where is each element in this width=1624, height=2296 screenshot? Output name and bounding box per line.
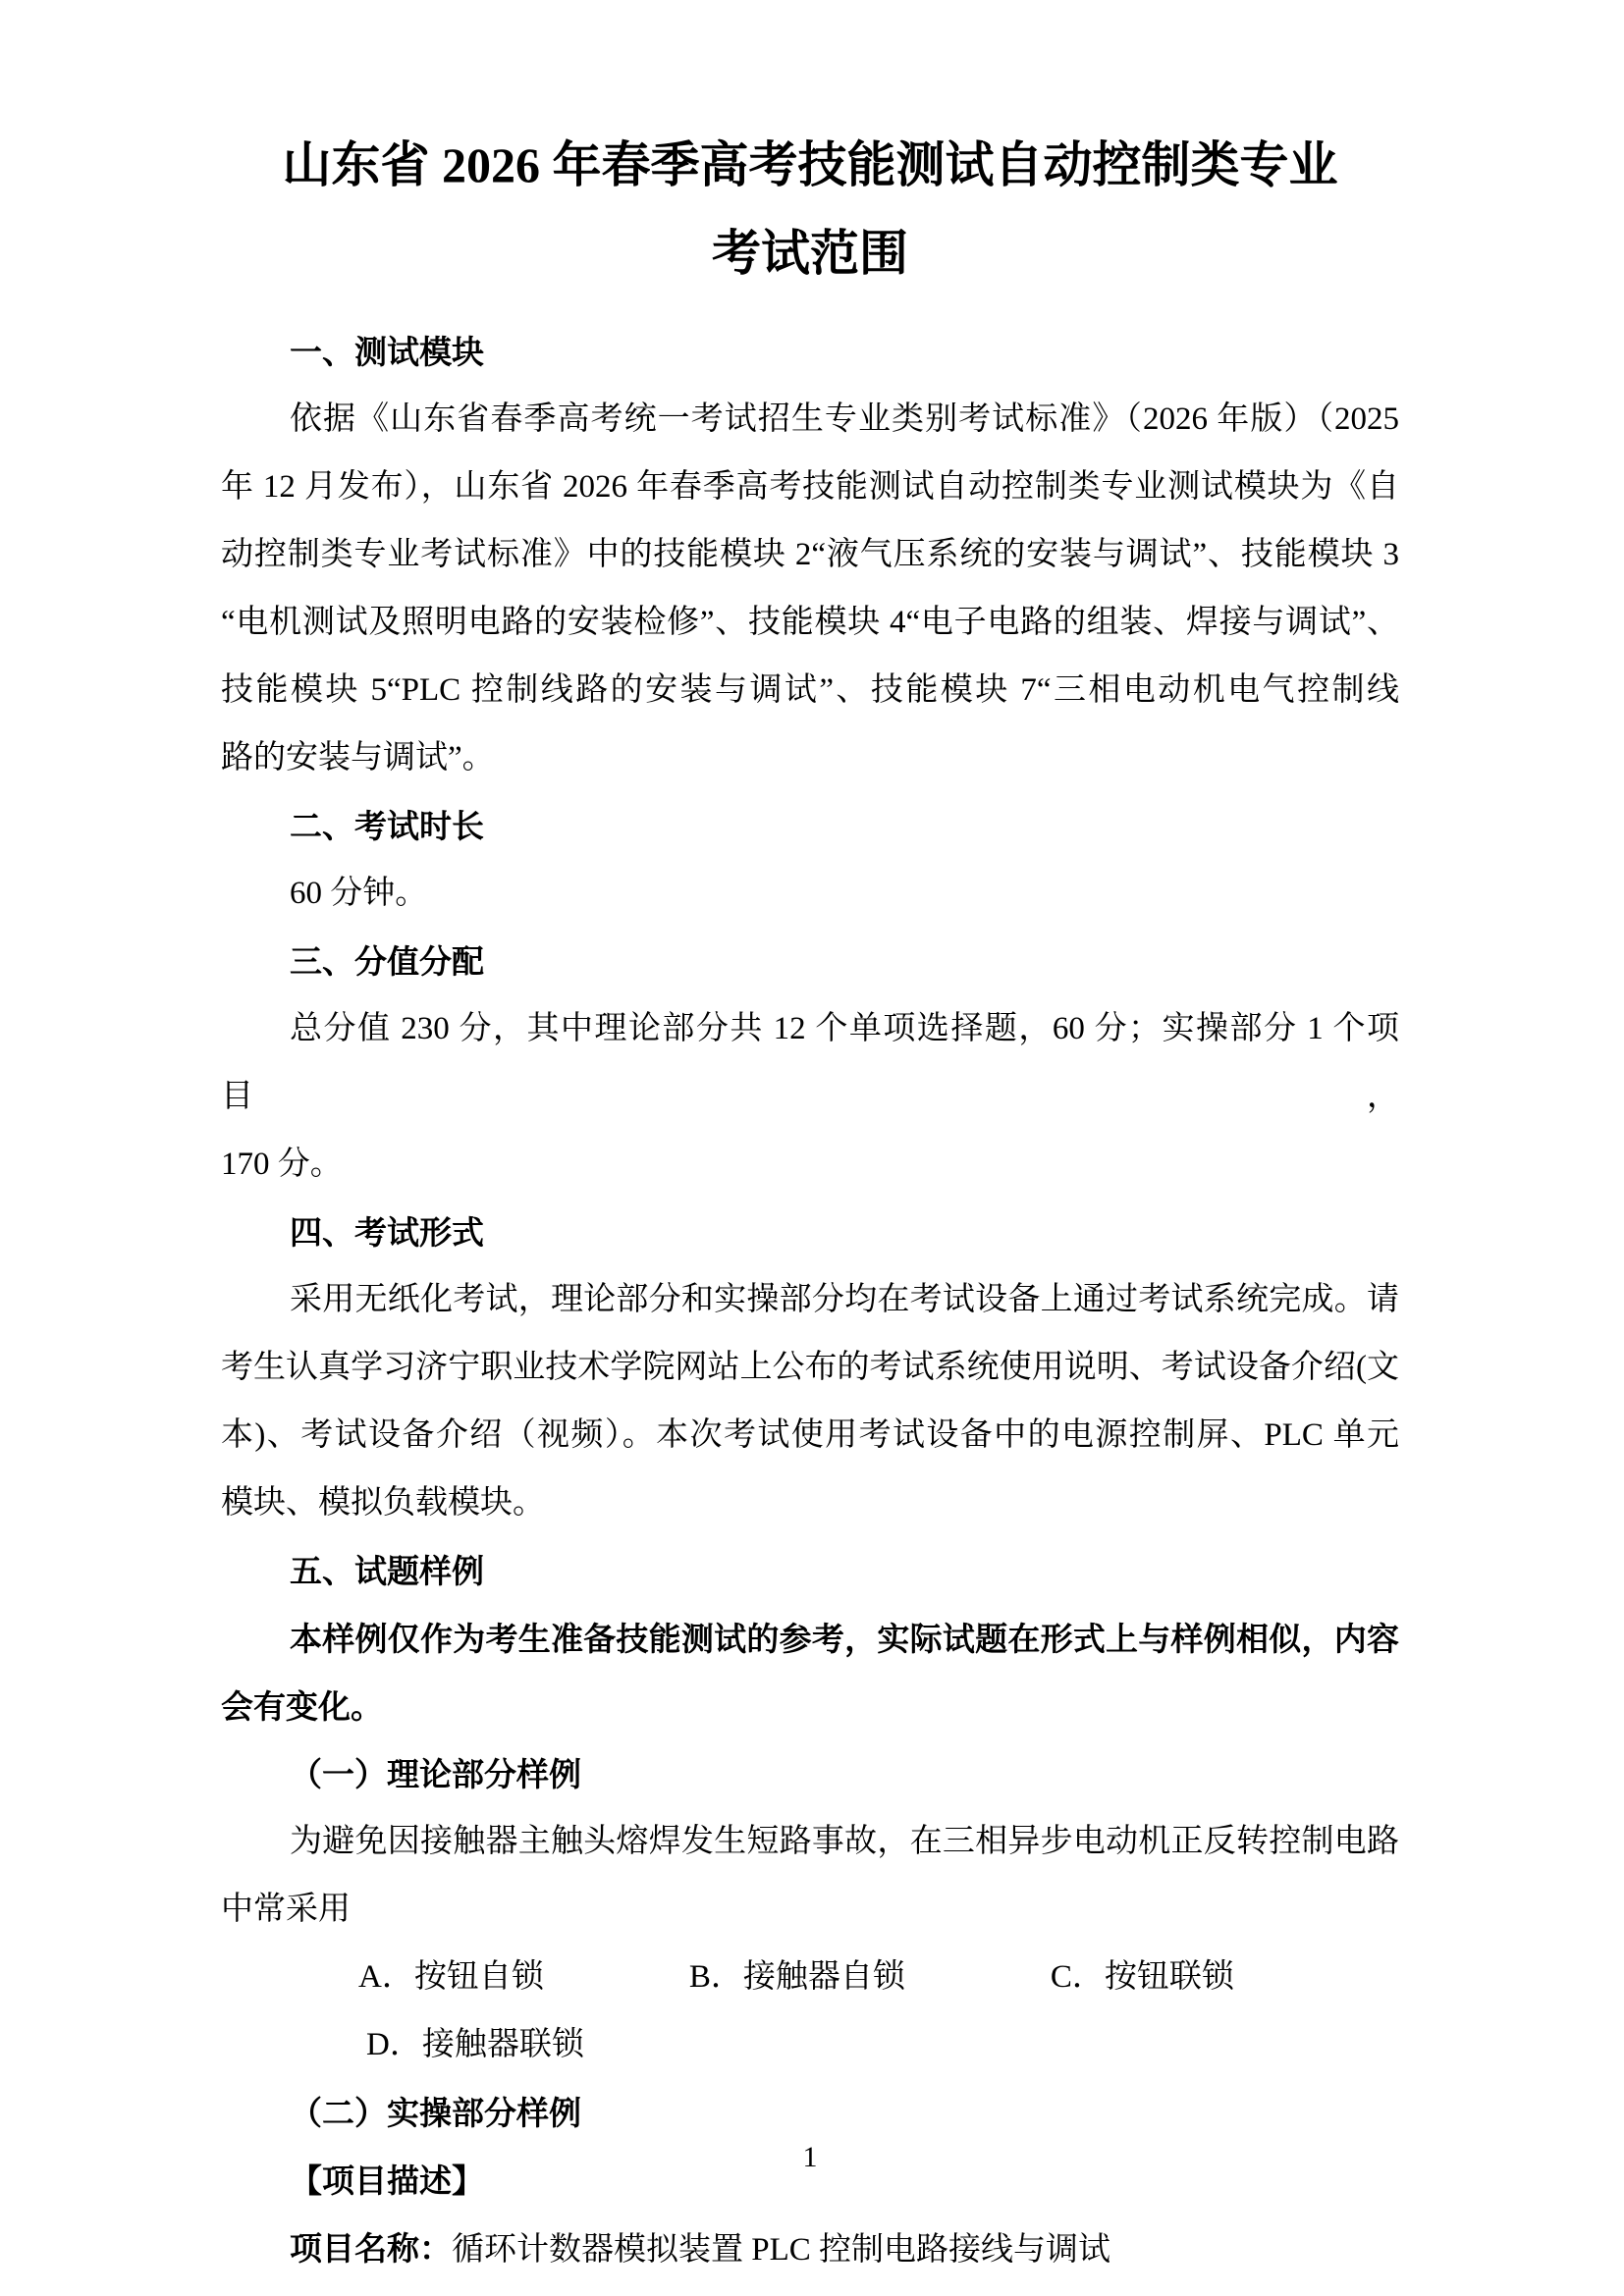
paragraph-line: 170 分。 xyxy=(221,1131,1399,1199)
project-name-label: 项目名称： xyxy=(290,2230,452,2267)
sample-note-line: 会有变化。 xyxy=(221,1673,1399,1740)
sample-note-line: 本样例仅作为考生准备技能测试的参考，实际试题在形式上与样例相似，内容 xyxy=(221,1605,1399,1673)
section-heading-exam-duration: 二、考试时长 xyxy=(221,792,1399,860)
question-line: 中常采用 xyxy=(221,1876,1399,1944)
paragraph-line: 年 12 月发布），山东省 2026 年春季高考技能测试自动控制类专业测试模块为… xyxy=(221,454,1399,521)
subsection-heading-theory-sample: （一）理论部分样例 xyxy=(221,1740,1399,1808)
section-heading-sample-questions: 五、试题样例 xyxy=(221,1537,1399,1605)
section-heading-score-distribution: 三、分值分配 xyxy=(221,928,1399,995)
choice-d: D．接触器联锁 xyxy=(298,2011,584,2079)
choice-a: A．按钮自锁 xyxy=(290,1944,544,2011)
document-title-line1: 山东省 2026 年春季高考技能测试自动控制类专业 xyxy=(221,121,1399,209)
subsection-heading-practical-sample: （二）实操部分样例 xyxy=(221,2079,1399,2147)
paragraph-line: 动控制类专业考试标准》中的技能模块 2“液气压系统的安装与调试”、技能模块 3 xyxy=(221,521,1399,589)
paragraph-line: 路的安装与调试”。 xyxy=(221,724,1399,792)
paragraph-line: 本)、考试设备介绍（视频）。本次考试使用考试设备中的电源控制屏、PLC 单元 xyxy=(221,1402,1399,1469)
project-name-line: 项目名称：循环计数器模拟装置 PLC 控制电路接线与调试 xyxy=(221,2215,1399,2284)
question-line: 为避免因接触器主触头熔焊发生短路事故，在三相异步电动机正反转控制电路 xyxy=(221,1808,1399,1876)
paragraph-line: 考生认真学习济宁职业技术学院网站上公布的考试系统使用说明、考试设备介绍(文 xyxy=(221,1334,1399,1402)
choice-c: C．按钮联锁 xyxy=(982,1944,1234,2011)
page-number: 1 xyxy=(221,2138,1399,2177)
section-heading-exam-format: 四、考试形式 xyxy=(221,1199,1399,1266)
document-title: 山东省 2026 年春季高考技能测试自动控制类专业 考试范围 xyxy=(221,121,1399,297)
paragraph-line: 总分值 230 分，其中理论部分共 12 个单项选择题，60 分；实操部分 1 … xyxy=(221,995,1399,1131)
answer-choices-line: A．按钮自锁B．接触器自锁C．按钮联锁D．接触器联锁 xyxy=(221,1944,1399,2079)
paragraph-line: 采用无纸化考试，理论部分和实操部分均在考试设备上通过考试系统完成。请 xyxy=(221,1266,1399,1334)
paragraph-line: 依据《山东省春季高考统一考试招生专业类别考试标准》（2026 年版）（2025 xyxy=(221,386,1399,454)
paragraph-line: 技能模块 5“PLC 控制线路的安装与调试”、技能模块 7“三相电动机电气控制线 xyxy=(221,657,1399,724)
paragraph-line: “电机测试及照明电路的安装检修”、技能模块 4“电子电路的组装、焊接与调试”、 xyxy=(221,589,1399,657)
document-body: 一、测试模块 依据《山东省春季高考统一考试招生专业类别考试标准》（2026 年版… xyxy=(221,318,1399,2284)
project-name-value: 循环计数器模拟装置 PLC 控制电路接线与调试 xyxy=(452,2232,1110,2268)
paragraph-line: 模块、模拟负载模块。 xyxy=(221,1469,1399,1537)
section-heading-test-modules: 一、测试模块 xyxy=(221,318,1399,386)
paragraph-line: 60 分钟。 xyxy=(221,860,1399,928)
document-page: 山东省 2026 年春季高考技能测试自动控制类专业 考试范围 一、测试模块 依据… xyxy=(0,0,1624,2296)
choice-b: B．接触器自锁 xyxy=(621,1944,905,2011)
document-title-line2: 考试范围 xyxy=(221,209,1399,297)
